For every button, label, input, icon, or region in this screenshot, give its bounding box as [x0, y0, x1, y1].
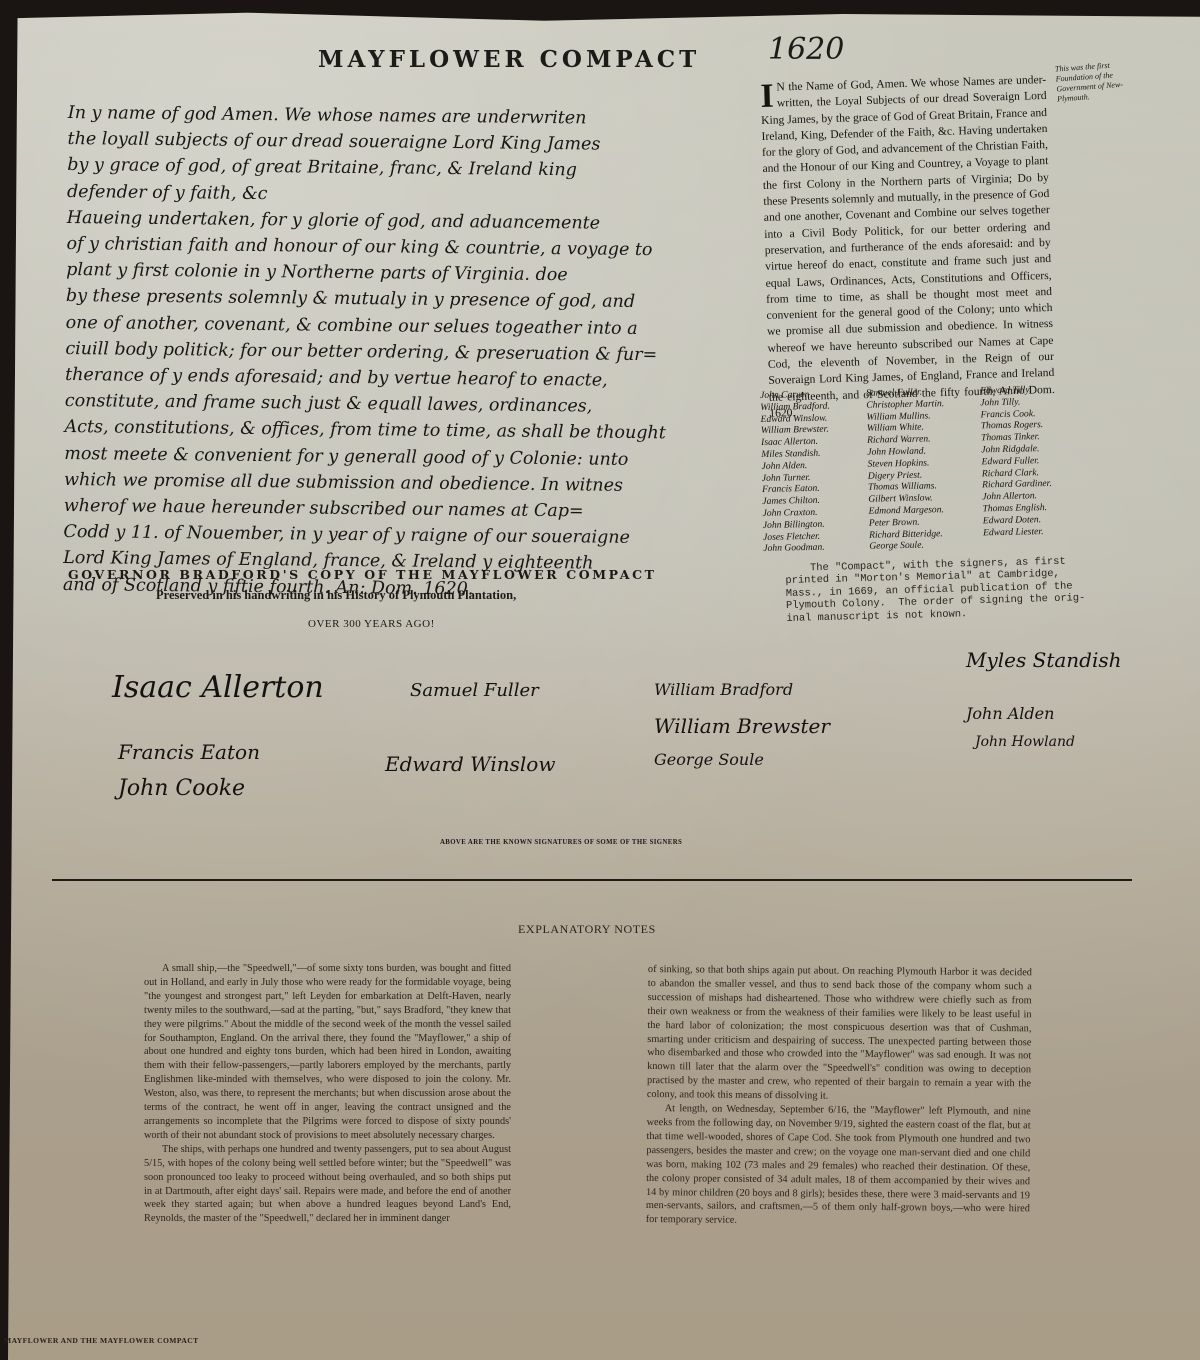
signature: Francis Eaton	[118, 740, 260, 764]
signature: John Howland	[975, 734, 1075, 750]
dropcap: I	[760, 82, 774, 112]
section-divider	[52, 879, 1132, 881]
typed-note: The "Compact", with the signers, as firs…	[785, 554, 1117, 625]
page-footer: MAYFLOWER AND THE MAYFLOWER COMPACT	[4, 1336, 199, 1345]
signature: Myles Standish	[966, 648, 1122, 672]
signatures-caption: ABOVE ARE THE KNOWN SIGNATURES OF SOME O…	[440, 839, 682, 846]
notes-paragraph: A small ship,—the "Speedwell,"—of some s…	[144, 962, 511, 1143]
bradford-caption-title: GOVERNOR BRADFORD'S COPY OF THE MAYFLOWE…	[68, 567, 657, 582]
handwritten-compact: In y name of god Amen. We whose names ar…	[63, 100, 708, 605]
signature: Edward Winslow	[385, 752, 555, 776]
margin-note: This was the first Foundation of the Gov…	[1055, 60, 1130, 105]
signature: John Cooke	[118, 776, 245, 801]
signer-column: Samuel Fuller.Christopher Martin.William…	[866, 386, 973, 553]
signers-list: John Carver.William Bradford.Edward Wins…	[760, 383, 1093, 555]
notes-right-column: of sinking, so that both ships again put…	[646, 963, 1032, 1231]
signer-name: Edward Liester.	[983, 525, 1093, 539]
signature: Samuel Fuller	[410, 680, 539, 701]
notes-left-column: A small ship,—the "Speedwell,"—of some s…	[144, 962, 511, 1226]
title-year: 1620	[768, 32, 844, 67]
bradford-caption-age: OVER 300 YEARS AGO!	[308, 618, 435, 630]
signer-column: John Carver.William Bradford.Edward Wins…	[760, 388, 859, 555]
printed-compact: IN the Name of God, Amen. We whose Names…	[760, 72, 1055, 422]
signer-name: John Goodman.	[763, 541, 859, 555]
notes-paragraph: of sinking, so that both ships again put…	[647, 963, 1032, 1105]
signer-name: George Soule.	[869, 539, 973, 553]
signature: William Bradford	[654, 680, 793, 699]
notes-paragraph: The ships, with perhaps one hundred and …	[144, 1143, 511, 1226]
notes-paragraph: At length, on Wednesday, September 6/16,…	[646, 1102, 1031, 1231]
signature: George Soule	[654, 750, 764, 769]
bradford-caption-subtitle: Preserved in his handwriting in his Hist…	[156, 588, 516, 603]
notes-title: EXPLANATORY NOTES	[518, 922, 656, 937]
printed-compact-text: N the Name of God, Amen. We whose Names …	[761, 73, 1055, 420]
signature: Isaac Allerton	[112, 670, 324, 705]
page-title: MAYFLOWER COMPACT	[318, 46, 700, 73]
signature: John Alden	[966, 704, 1054, 723]
signer-column: Edward Tilly.John Tilly.Francis Cook.Tho…	[980, 383, 1093, 550]
signature: William Brewster	[654, 714, 830, 738]
